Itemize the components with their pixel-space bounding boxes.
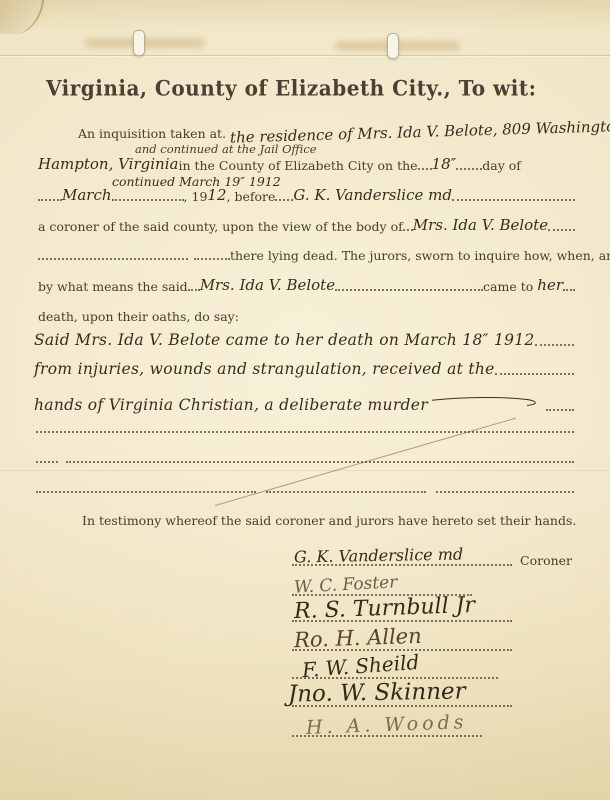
handwritten-day: 18″ bbox=[432, 157, 457, 171]
form-line-3: March , 19 12 , before G. K. Vanderslice… bbox=[38, 189, 575, 204]
printed-text: in the County of Elizabeth City on the bbox=[178, 159, 417, 173]
form-line-2: Hampton, Virginia in the County of Eliza… bbox=[38, 158, 520, 173]
form-line-7: death, upon their oaths, do say: bbox=[38, 309, 239, 324]
handwritten-statement: Said Mrs. Ida V. Belote came to her deat… bbox=[34, 333, 535, 347]
form-line-4: a coroner of the said county, upon the v… bbox=[38, 219, 575, 234]
signature-row: H. A. Woods bbox=[292, 703, 512, 737]
printed-text: a coroner of the said county, upon the v… bbox=[38, 220, 403, 234]
coroner-label: Coroner bbox=[520, 553, 572, 568]
handwritten-statement: from injuries, wounds and strangulation,… bbox=[34, 362, 495, 376]
statement-line-2: from injuries, wounds and strangulation,… bbox=[34, 363, 574, 377]
testimony-clause: In testimony whereof the said coroner an… bbox=[82, 513, 576, 528]
form-line-6: by what means the said Mrs. Ida V. Belot… bbox=[38, 279, 575, 294]
signature-row: Jno. W. Skinner bbox=[292, 673, 512, 707]
handwritten-deceased-name: Mrs. Ida V. Belote bbox=[413, 218, 548, 232]
handwritten-statement: hands of Virginia Christian, a deliberat… bbox=[34, 398, 428, 412]
form-line-1: An inquisition taken at. the residence o… bbox=[78, 126, 590, 141]
handwritten-year: 12 bbox=[207, 188, 226, 202]
horizontal-crease-highlight bbox=[0, 56, 610, 57]
horizontal-crease bbox=[0, 470, 610, 471]
form-line-5: there lying dead. The jurors, sworn to i… bbox=[38, 249, 575, 263]
statement-line-3: hands of Virginia Christian, a deliberat… bbox=[34, 391, 574, 413]
statement-line-1: Said Mrs. Ida V. Belote came to her deat… bbox=[34, 334, 574, 348]
handwritten-interline: continued March 19″ 1912 bbox=[112, 174, 281, 189]
printed-text: , before bbox=[227, 190, 276, 204]
fastener-slit bbox=[387, 33, 399, 59]
signature-row-coroner: G. K. Vanderslice md Coroner bbox=[292, 532, 512, 566]
handwritten-interline: and continued at the Jail Office bbox=[135, 142, 317, 156]
handwritten-deceased-name: Mrs. Ida V. Belote bbox=[200, 278, 335, 292]
printed-text: by what means the said bbox=[38, 280, 188, 294]
handwritten-entry: Hampton, Virginia bbox=[38, 157, 178, 171]
printed-text: there lying dead. The jurors, sworn to i… bbox=[230, 249, 610, 263]
fastener-slit bbox=[133, 30, 145, 56]
handwritten-coroner-name: G. K. Vanderslice md bbox=[293, 188, 452, 202]
inquisition-document-page: Virginia, County of Elizabeth City., To … bbox=[0, 0, 610, 800]
rust-stain bbox=[85, 38, 205, 48]
blank-dotted-line bbox=[36, 429, 574, 433]
printed-text: An inquisition taken at. bbox=[78, 127, 226, 141]
fastener-mark bbox=[85, 30, 205, 56]
handwritten-entry: the residence of Mrs. Ida V. Belote, 809… bbox=[230, 117, 610, 144]
blank-dotted-line bbox=[36, 459, 574, 463]
fastener-mark bbox=[335, 33, 460, 59]
blank-dotted-line bbox=[36, 489, 574, 493]
flourish-line bbox=[432, 391, 540, 411]
printed-text: came to bbox=[483, 280, 533, 294]
document-title: Virginia, County of Elizabeth City., To … bbox=[46, 75, 536, 100]
handwritten-pronoun: her bbox=[537, 278, 563, 292]
printed-text: , 19 bbox=[184, 190, 208, 204]
printed-text: day of bbox=[482, 159, 521, 173]
handwritten-month: March bbox=[62, 188, 112, 202]
